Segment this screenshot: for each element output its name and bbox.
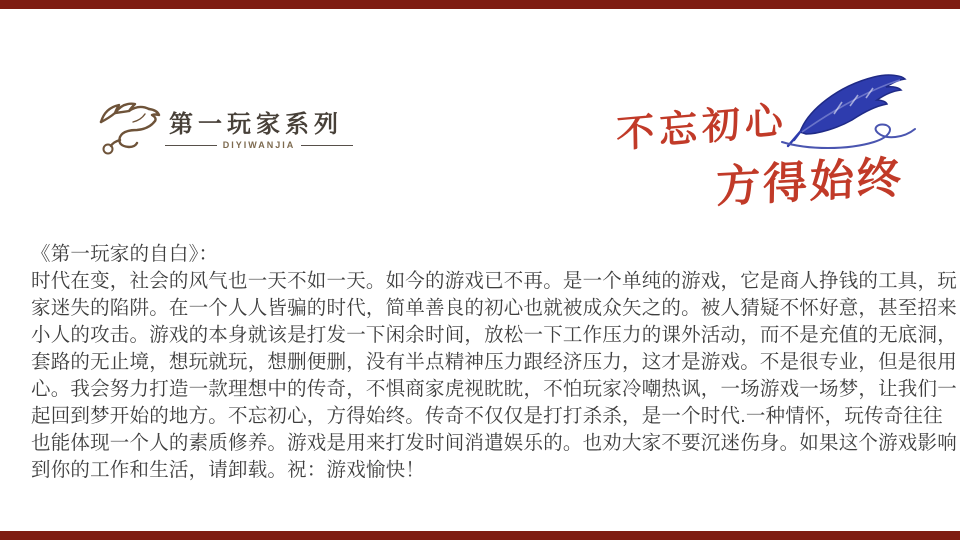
body-line: 小人的攻击。游戏的本身就该是打发一下闲余时间，放松一下工作压力的课外活动，而不是… bbox=[31, 322, 931, 349]
brand-subtitle-row: DIYIWANJIA bbox=[165, 140, 353, 150]
confession-text: 《第一玩家的自白》： 时代在变，社会的风气也一天不如一天。如今的游戏已不再。是一… bbox=[31, 241, 931, 484]
body-line: 到你的工作和生活，请卸载。祝：游戏愉快！ bbox=[31, 457, 931, 484]
slide-canvas: 第一玩家系列 DIYIWANJIA 不忘初心 方得始终 《第一玩家的自白》： 时… bbox=[0, 0, 960, 540]
top-red-bar bbox=[0, 0, 960, 9]
brand-subtitle: DIYIWANJIA bbox=[223, 140, 296, 150]
body-line: 也能体现一个人的素质修养。游戏是用来打发时间消遣娱乐的。也劝大家不要沉迷伤身。如… bbox=[31, 430, 931, 457]
body-line: 家迷失的陷阱。在一个人人皆骗的时代，简单善良的初心也就被成众矢之的。被人猜疑不怀… bbox=[31, 295, 931, 322]
brand-logo: 第一玩家系列 DIYIWANJIA bbox=[95, 98, 357, 162]
body-line: 时代在变，社会的风气也一天不如一天。如今的游戏已不再。是一个单纯的游戏，它是商人… bbox=[31, 268, 931, 295]
right-rule bbox=[301, 145, 353, 146]
dragon-icon bbox=[95, 100, 167, 158]
body-line: 套路的无止境，想玩就玩，想删便删，没有半点精神压力跟经济压力，这才是游戏。不是很… bbox=[31, 349, 931, 376]
left-rule bbox=[165, 145, 217, 146]
body-line: 心。我会努力打造一款理想中的传奇，不惧商家虎视眈眈，不怕玩家冷嘲热讽，一场游戏一… bbox=[31, 376, 931, 403]
bottom-red-bar bbox=[0, 531, 960, 540]
motto-line-2: 方得始终 bbox=[716, 141, 905, 215]
confession-title: 《第一玩家的自白》： bbox=[31, 241, 931, 268]
body-line: 起回到梦开始的地方。不忘初心，方得始终。传奇不仅仅是打打杀杀，是一个时代.一种情… bbox=[31, 403, 931, 430]
brand-title: 第一玩家系列 bbox=[169, 104, 343, 139]
quill-feather-icon bbox=[778, 70, 918, 152]
